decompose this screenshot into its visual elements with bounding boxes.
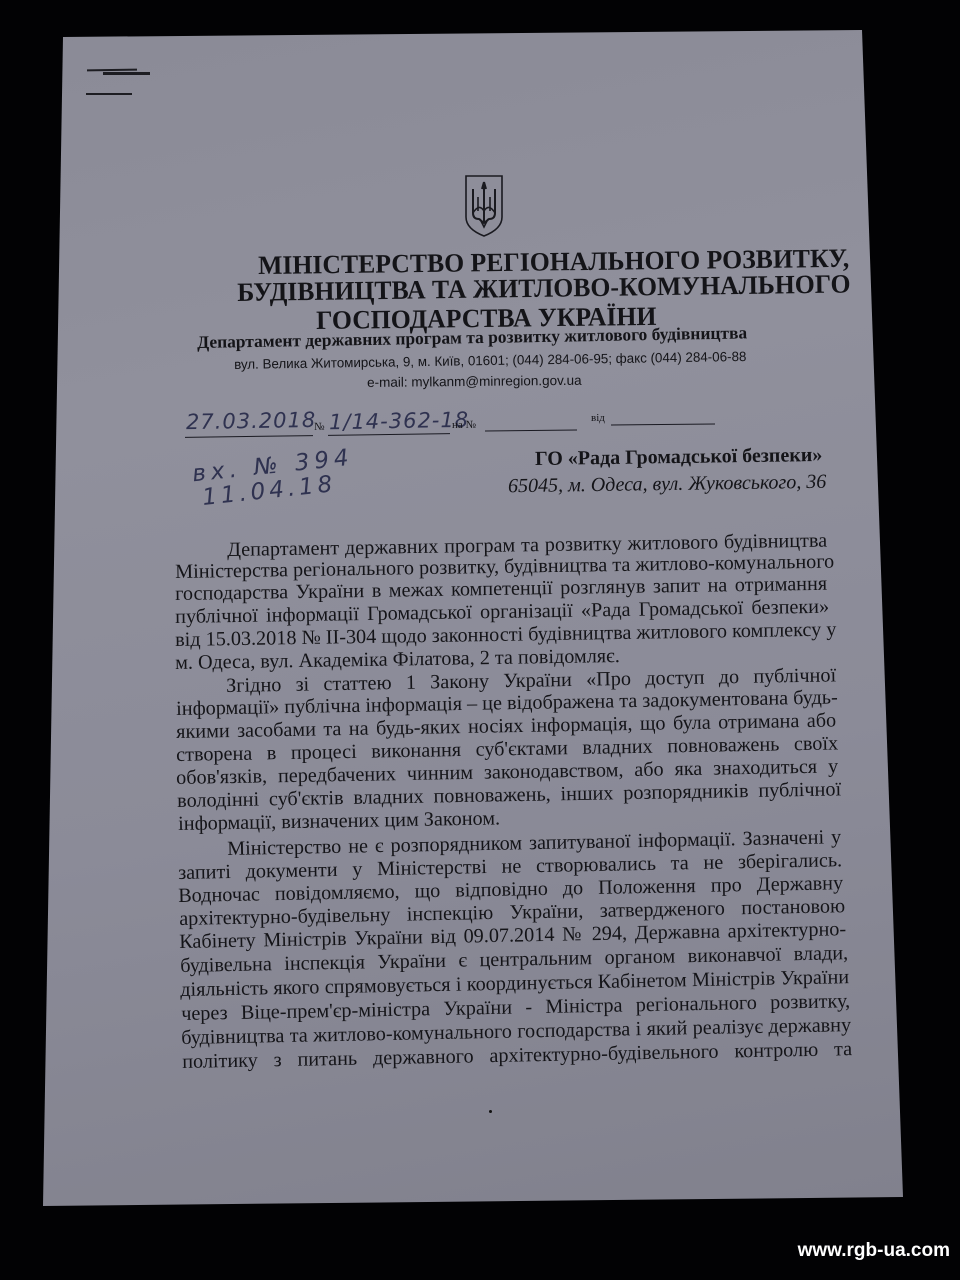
trident-coat-of-arms-icon [463, 173, 505, 239]
recipient-address: 65045, м. Одеса, вул. Жуковського, 36 [508, 471, 827, 498]
in-reply-label: на № [452, 419, 476, 431]
pen-mark [86, 93, 132, 95]
number-label: № [314, 421, 325, 433]
page-dot [489, 1110, 492, 1113]
outgoing-number-handwritten: 1/14-362-18 [329, 408, 470, 434]
document: МІНІСТЕРСТВО РЕГІОНАЛЬНОГО РОЗВИТКУ, БУД… [0, 0, 960, 1280]
pen-mark [103, 72, 150, 75]
department-address: вул. Велика Житомирська, 9, м. Київ, 016… [234, 349, 746, 372]
in-reply-field [485, 430, 577, 432]
department-name: Департамент державних програм та розвитк… [197, 322, 747, 353]
watermark: www.rgb-ua.com [798, 1240, 950, 1262]
from-label: від [591, 412, 605, 424]
from-field [611, 423, 715, 425]
date-underline [185, 435, 313, 438]
pen-mark [87, 69, 137, 72]
department-email: e-mail: mylkanm@minregion.gov.ua [367, 373, 582, 390]
recipient-name: ГО «Рада Громадської безпеки» [535, 444, 823, 471]
outgoing-date-handwritten: 27.03.2018 [186, 408, 317, 434]
